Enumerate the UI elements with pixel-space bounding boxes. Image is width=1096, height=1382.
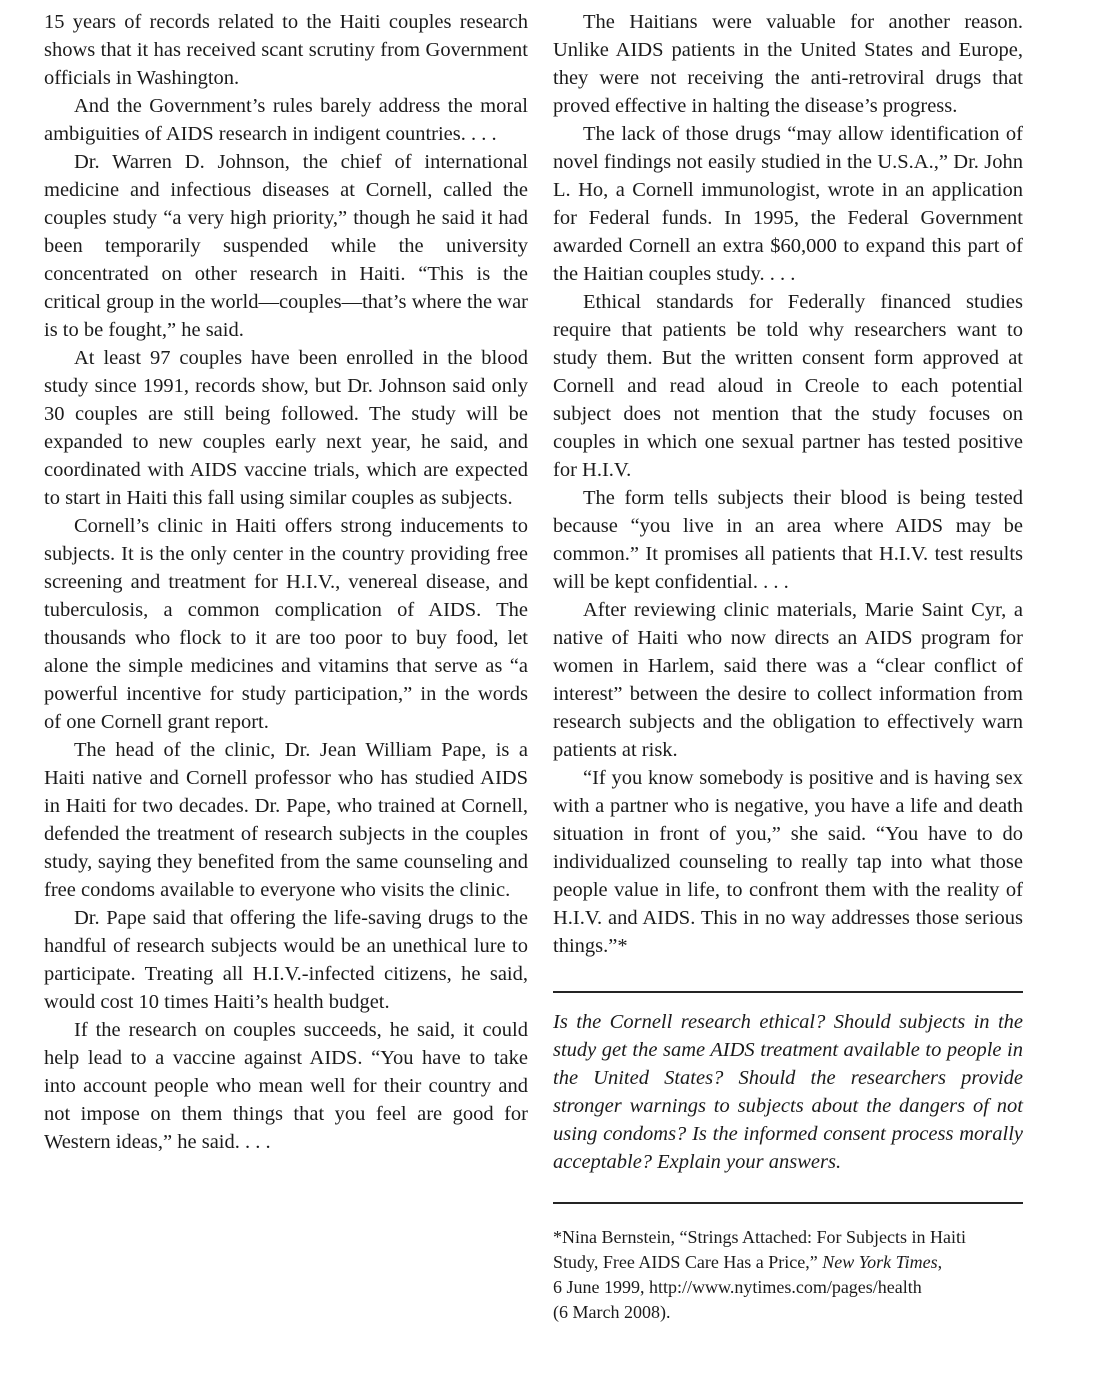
question-divider-top [553,991,1023,993]
paragraph: 15 years of records related to the Haiti… [44,8,528,92]
paragraph: Dr. Warren D. Johnson, the chief of inte… [44,148,528,344]
paragraph: If the research on couples succeeds, he … [44,1016,528,1156]
footnote-line-4: (6 March 2008). [553,1302,670,1322]
footnote-line-2-post: , [938,1252,943,1272]
paragraph: Dr. Pape said that offering the life-sav… [44,904,528,1016]
discussion-question-text: Is the Cornell research ethical? Should … [553,1008,1023,1176]
footnote-publication-title: New York Times [822,1252,937,1272]
paragraph: After reviewing clinic materials, Marie … [553,596,1023,764]
paragraph: Ethical standards for Federally financed… [553,288,1023,484]
left-column: 15 years of records related to the Haiti… [44,8,528,1382]
paragraph: The form tells subjects their blood is b… [553,484,1023,596]
paragraph: At least 97 couples have been enrolled i… [44,344,528,512]
paragraph: The head of the clinic, Dr. Jean William… [44,736,528,904]
page: 15 years of records related to the Haiti… [0,0,1096,1382]
footnote-line-2-pre: Study, Free AIDS Care Has a Price,” [553,1252,822,1272]
paragraph: “If you know somebody is positive and is… [553,764,1023,960]
footnote-line-1: *Nina Bernstein, “Strings Attached: For … [553,1227,966,1247]
footnote-divider [553,1202,1023,1204]
right-column: The Haitians were valuable for another r… [553,8,1023,1382]
discussion-question-block: Is the Cornell research ethical? Should … [553,1008,1023,1176]
footnote-line-3: 6 June 1999, http://www.nytimes.com/page… [553,1277,922,1297]
footnote: *Nina Bernstein, “Strings Attached: For … [553,1225,1023,1325]
paragraph: The lack of those drugs “may allow ident… [553,120,1023,288]
paragraph: And the Government’s rules barely addres… [44,92,528,148]
paragraph: The Haitians were valuable for another r… [553,8,1023,120]
paragraph: Cornell’s clinic in Haiti offers strong … [44,512,528,736]
